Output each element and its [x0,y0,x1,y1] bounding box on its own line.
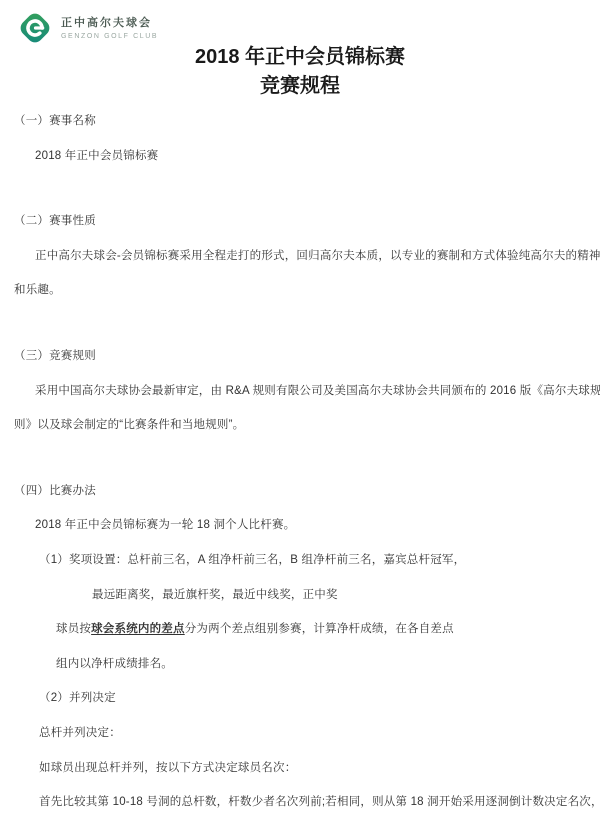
body-line: （2）并列决定 [0,681,600,716]
section-heading: （二）赛事性质 [0,204,600,239]
text-run: （二）赛事性质 [14,215,96,227]
body-line: 最远距离奖，最近旗杆奖，最近中线奖，正中奖 [0,578,600,613]
logo-club-name-en: GENZON GOLF CLUB [61,32,158,41]
body-line: 采用中国高尔夫球协会最新审定，由 R&A 规则有限公司及美国高尔夫球协会共同颁布… [0,374,600,409]
body-line: 正中高尔夫球会-会员锦标赛采用全程走打的形式，回归高尔夫本质，以专业的赛制和方式… [0,239,600,274]
text-run: 正中高尔夫球会-会员锦标赛采用全程走打的形式，回归高尔夫本质，以专业的赛制和方式… [35,250,600,262]
logo-text-block: 正中高尔夫球会 GENZON GOLF CLUB [61,16,158,41]
section-heading: （三）竞赛规则 [0,339,600,374]
text-run: 和乐趣。 [14,284,61,296]
text-run: 首先比较其第 10-18 号洞的总杆数，杆数少者名次列前;若相同，则从第 18 … [39,796,600,808]
body-line: 组内以净杆成绩排名。 [0,647,600,682]
text-run: （三）竞赛规则 [14,350,96,362]
section-heading: （一）赛事名称 [0,104,600,139]
body-line: 如球员出现总杆并列，按以下方式决定球员名次： [0,751,600,786]
text-run: 分为两个差点组别参赛，计算净杆成绩，在各自差点 [185,623,454,635]
text-run: 2018 年正中会员锦标赛为一轮 18 洞个人比杆赛。 [35,519,295,531]
section-heading: （四）比赛办法 [0,474,600,509]
text-run: （1）奖项设置：总杆前三名，A 组净杆前三名，B 组净杆前三名，嘉宾总杆冠军， [39,554,465,566]
document-body: （一）赛事名称2018 年正中会员锦标赛（二）赛事性质正中高尔夫球会-会员锦标赛… [0,104,600,820]
emphasized-underlined-text: 球会系统内的差点 [91,623,185,635]
body-line: 2018 年正中会员锦标赛 [0,139,600,174]
club-logo: 正中高尔夫球会 GENZON GOLF CLUB [16,9,158,47]
text-run: （一）赛事名称 [14,115,96,127]
document-title-line1: 2018 年正中会员锦标赛 [0,43,600,72]
document-title: 2018 年正中会员锦标赛 竞赛规程 [0,43,600,101]
document-page: 正中高尔夫球会 GENZON GOLF CLUB 2018 年正中会员锦标赛 竞… [0,0,600,823]
genzon-g-leaf-icon [16,9,54,47]
body-line: 首先比较其第 10-18 号洞的总杆数，杆数少者名次列前;若相同，则从第 18 … [0,785,600,820]
text-run: 则》以及球会制定的“比赛条件和当地规则”。 [14,419,244,431]
text-run: 最远距离奖，最近旗杆奖，最近中线奖，正中奖 [92,589,338,601]
text-run: （2）并列决定 [39,692,116,704]
text-run: 组内以净杆成绩排名。 [56,658,173,670]
document-title-line2: 竞赛规程 [0,72,600,101]
text-run: 球员按 [56,623,91,635]
text-run: 采用中国高尔夫球协会最新审定，由 R&A 规则有限公司及美国高尔夫球协会共同颁布… [35,385,600,397]
document-header: 正中高尔夫球会 GENZON GOLF CLUB 2018 年正中会员锦标赛 竞… [0,0,600,104]
body-line: （1）奖项设置：总杆前三名，A 组净杆前三名，B 组净杆前三名，嘉宾总杆冠军， [0,543,600,578]
body-line: 和乐趣。 [0,273,600,308]
body-line: 则》以及球会制定的“比赛条件和当地规则”。 [0,408,600,443]
body-line: 总杆并列决定： [0,716,600,751]
body-line: 2018 年正中会员锦标赛为一轮 18 洞个人比杆赛。 [0,508,600,543]
text-run: 总杆并列决定： [39,727,121,739]
logo-club-name-cn: 正中高尔夫球会 [61,16,158,30]
text-run: 如球员出现总杆并列，按以下方式决定球员名次： [39,762,296,774]
text-run: （四）比赛办法 [14,485,96,497]
body-line: 球员按球会系统内的差点分为两个差点组别参赛，计算净杆成绩，在各自差点 [0,612,600,647]
text-run: 2018 年正中会员锦标赛 [35,150,158,162]
